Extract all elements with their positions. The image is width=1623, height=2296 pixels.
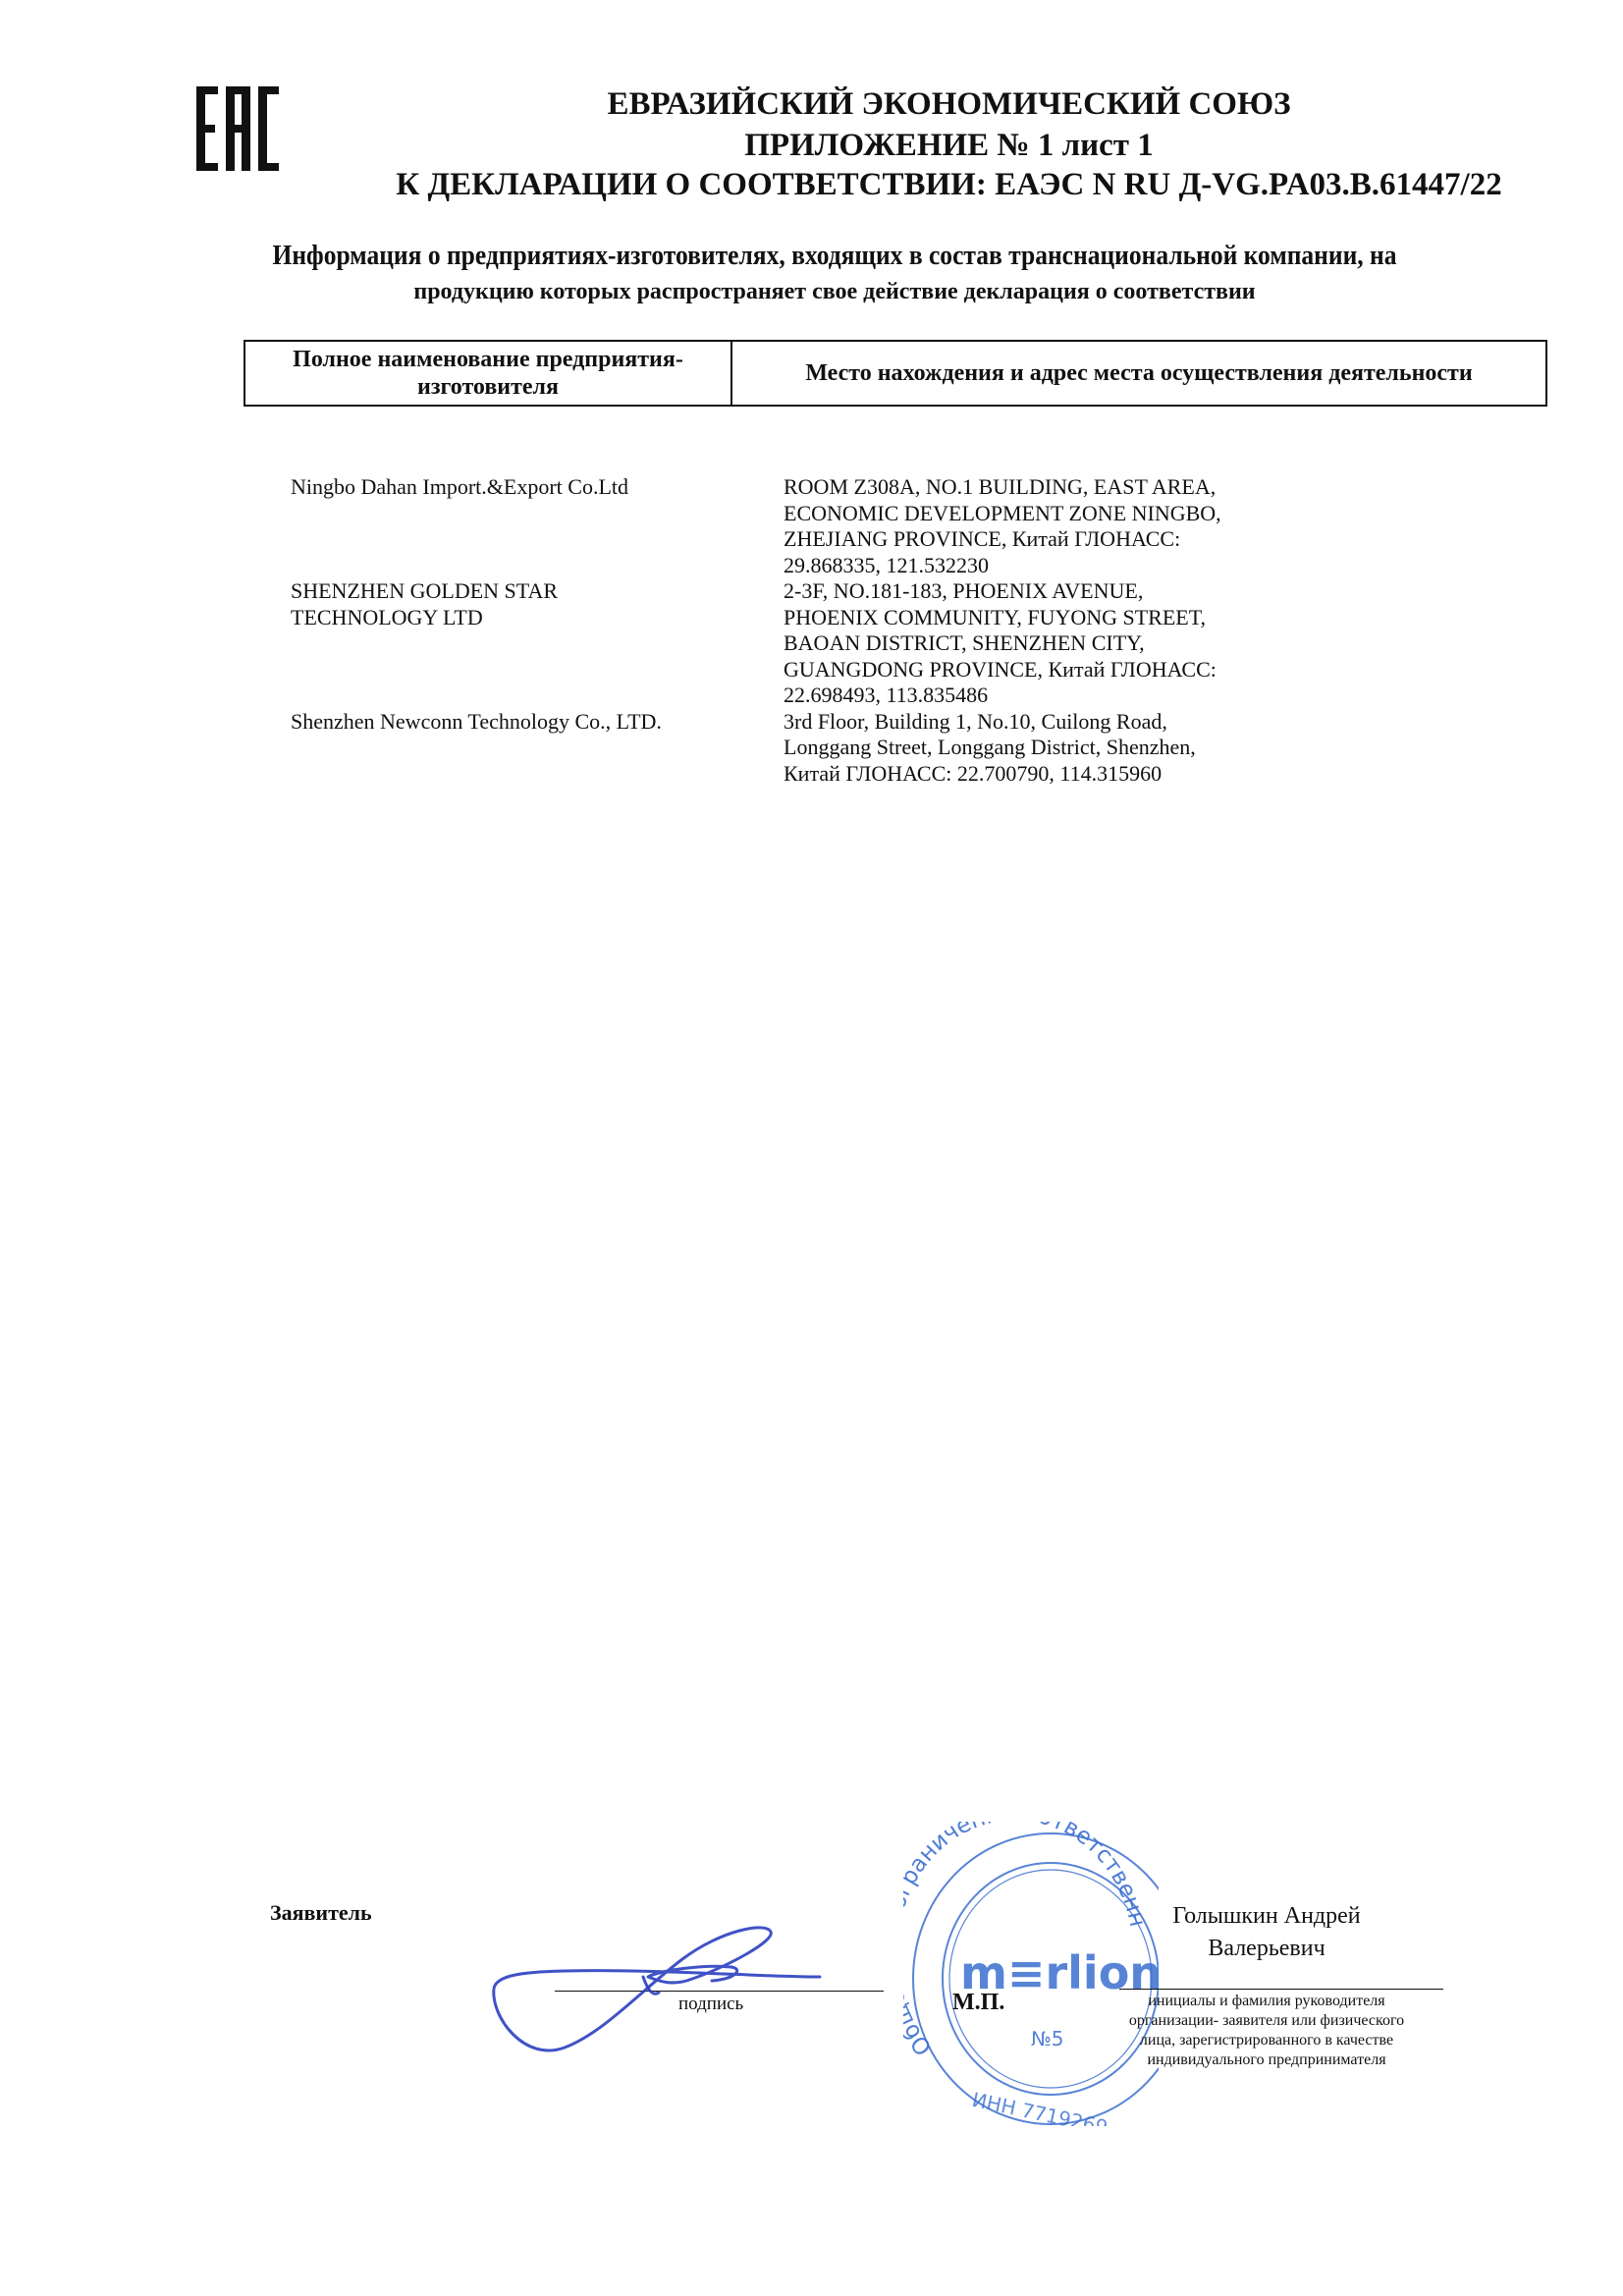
manufacturer-name-cell: SHENZHEN GOLDEN STAR TECHNOLOGY LTD — [291, 578, 784, 709]
signer-name: Голышкин Андрей Валерьевич — [1149, 1900, 1384, 1965]
address-line: 22.698493, 113.835486 — [784, 683, 1333, 709]
svg-text:№5: №5 — [1031, 2027, 1064, 2050]
manufacturer-name-cell: Shenzhen Newconn Technology Co., LTD. — [291, 709, 784, 788]
manufacturer-name-cell: Ningbo Dahan Import.&Export Co.Ltd — [291, 474, 784, 578]
seal-label: М.П. — [952, 1990, 1004, 2016]
manufacturer-name: Ningbo Dahan Import.&Export Co.Ltd — [291, 474, 784, 501]
manufacturer-address-cell: ROOM Z308A, NO.1 BUILDING, EAST AREA, EC… — [784, 474, 1333, 578]
address-line: ZHEJIANG PROVINCE, Китай ГЛОНАСС: — [784, 526, 1333, 553]
signer-caption: инициалы и фамилия руководителя организа… — [1080, 1992, 1453, 2070]
applicant-label: Заявитель — [270, 1900, 372, 1926]
signer-caption-line: инициалы и фамилия руководителя — [1080, 1992, 1453, 2011]
handwritten-signature-icon — [486, 1920, 839, 2067]
manufacturers-table-body: Ningbo Dahan Import.&Export Co.Ltd ROOM … — [291, 474, 1371, 787]
signer-caption-line: лица, зарегистрированного в качестве — [1080, 2031, 1453, 2050]
address-line: ROOM Z308A, NO.1 BUILDING, EAST AREA, — [784, 474, 1333, 501]
table-row: SHENZHEN GOLDEN STAR TECHNOLOGY LTD 2-3F… — [291, 578, 1371, 709]
company-stamp-icon: Общество с ограниченной ответственностью… — [903, 1822, 1159, 2126]
manufacturers-table-header: Полное наименование предприятия- изготов… — [243, 340, 1547, 407]
signer-caption-line: индивидуального предпринимателя — [1080, 2050, 1453, 2070]
signer-name-line: Валерьевич — [1149, 1933, 1384, 1965]
address-line: GUANGDONG PROVINCE, Китай ГЛОНАСС: — [784, 657, 1333, 683]
column-header-address: Место нахождения и адрес места осуществл… — [732, 342, 1545, 405]
address-line: BAOAN DISTRICT, SHENZHEN CITY, — [784, 630, 1333, 657]
address-line: 2-3F, NO.181-183, PHOENIX AVENUE, — [784, 578, 1333, 605]
column-header-name-line: изготовителя — [293, 373, 683, 401]
subtitle-line-1: Информация о предприятиях-изготовителях,… — [230, 240, 1439, 272]
column-header-name-line: Полное наименование предприятия- — [293, 346, 683, 373]
signer-caption-line: организации- заявителя или физического — [1080, 2011, 1453, 2031]
address-line: 29.868335, 121.532230 — [784, 553, 1333, 579]
address-line: 3rd Floor, Building 1, No.10, Cuilong Ro… — [784, 709, 1333, 736]
manufacturer-name: SHENZHEN GOLDEN STAR — [291, 578, 784, 605]
column-header-name: Полное наименование предприятия- изготов… — [245, 342, 732, 405]
manufacturer-address-cell: 2-3F, NO.181-183, PHOENIX AVENUE, PHOENI… — [784, 578, 1333, 709]
subtitle-line-2: продукцию которых распространяет свое де… — [147, 279, 1522, 305]
manufacturer-address-cell: 3rd Floor, Building 1, No.10, Cuilong Ro… — [784, 709, 1333, 788]
signer-name-line-rule — [1119, 1989, 1443, 1990]
manufacturer-name: Shenzhen Newconn Technology Co., LTD. — [291, 709, 784, 736]
manufacturer-name: TECHNOLOGY LTD — [291, 605, 784, 631]
header-declaration-number: К ДЕКЛАРАЦИИ О СООТВЕТСТВИИ: ЕАЭС N RU Д… — [137, 167, 1623, 202]
address-line: Китай ГЛОНАСС: 22.700790, 114.315960 — [784, 761, 1333, 788]
address-line: ECONOMIC DEVELOPMENT ZONE NINGBO, — [784, 501, 1333, 527]
header-union-title: ЕВРАЗИЙСКИЙ ЭКОНОМИЧЕСКИЙ СОЮЗ — [137, 86, 1623, 122]
address-line: Longgang Street, Longgang District, Shen… — [784, 735, 1333, 761]
table-row: Shenzhen Newconn Technology Co., LTD. 3r… — [291, 709, 1371, 788]
address-line: PHOENIX COMMUNITY, FUYONG STREET, — [784, 605, 1333, 631]
header-appendix-title: ПРИЛОЖЕНИЕ № 1 лист 1 — [137, 128, 1623, 163]
signer-name-line: Голышкин Андрей — [1149, 1900, 1384, 1933]
table-row: Ningbo Dahan Import.&Export Co.Ltd ROOM … — [291, 474, 1371, 578]
